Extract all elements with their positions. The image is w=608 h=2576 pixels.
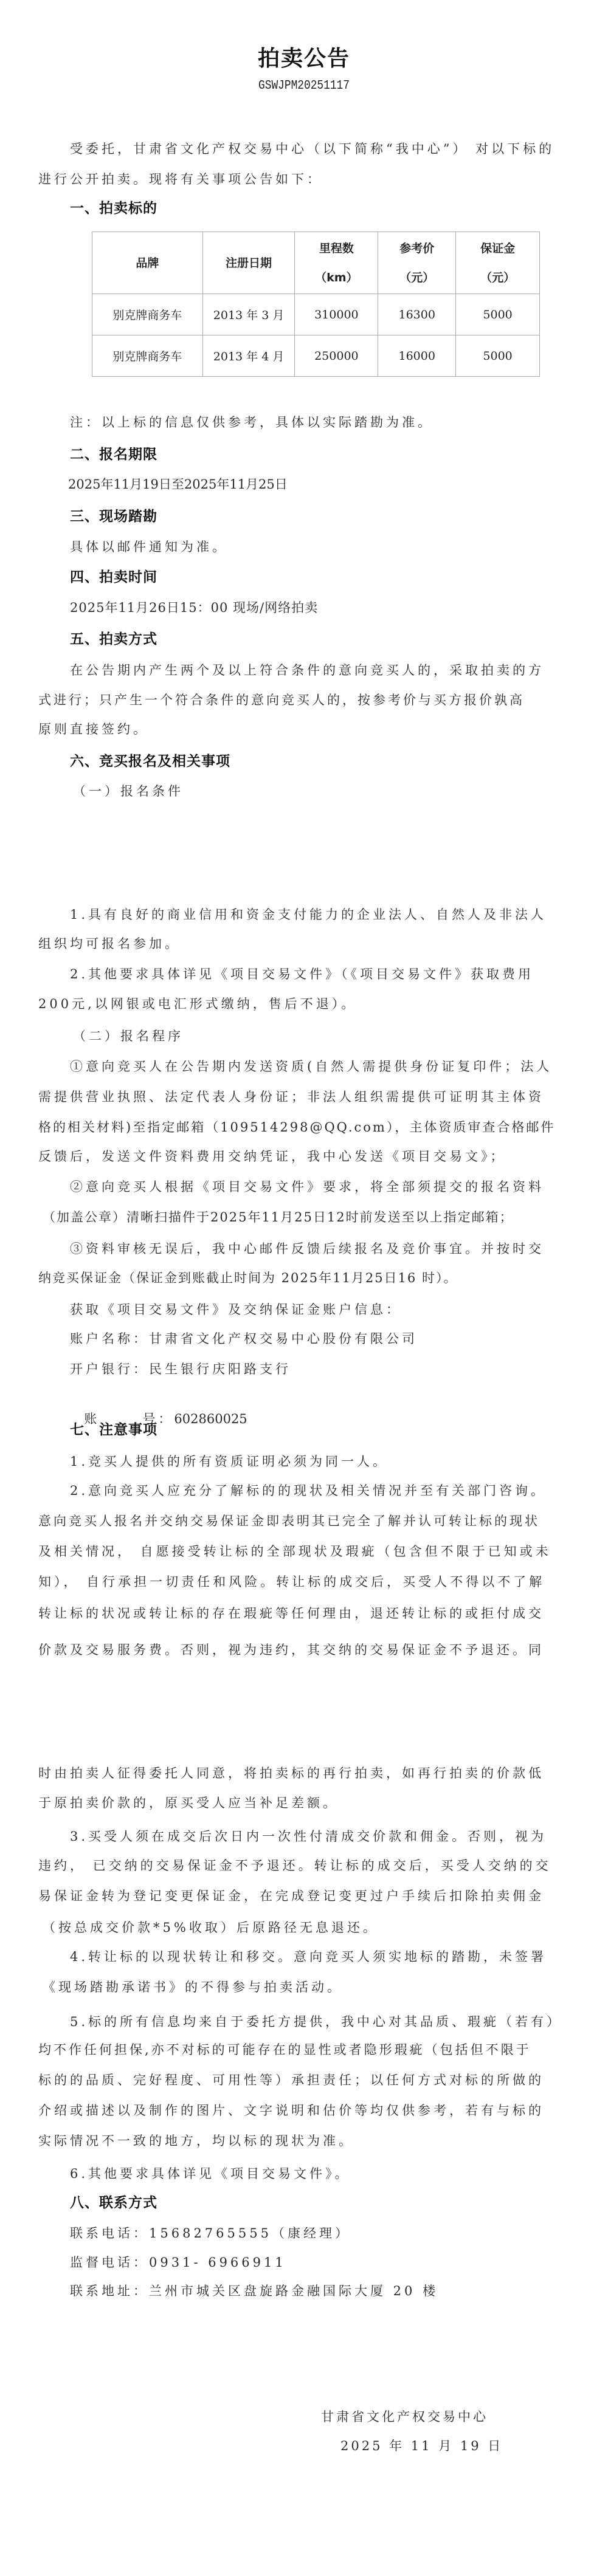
- notice-item-3: 3.买受人须在成交后次日内一次性付清成交价款和佣金。否则，视为: [70, 1827, 547, 1846]
- registration-period-text: 2025年11月19日至2025年11月25日: [68, 475, 288, 494]
- section-heading-auction-method: 五、拍卖方式: [70, 629, 157, 650]
- condition-item-2: 2.其他要求具体详见《项目交易文件》（《项目交易文件》获取费用: [70, 964, 534, 984]
- notice-item-5-cont: 实际情况不一致的地方，均以标的现状为准。: [38, 2131, 354, 2151]
- notice-item-2-cont: 知）， 自行承担一切责任和风险。转让标的成交后，买受人不得以不了解: [38, 1572, 545, 1592]
- procedure-step-2: ②意向竞买人根据《项目交易文件》要求，将全部须提交的报名资料: [70, 1177, 544, 1197]
- signature-date: 2025 年 11 月 19 日: [340, 2436, 503, 2456]
- notice-item-5-cont: 介绍或描述以及制作的图片、文字说明和估价等均仅供参考，若有与标的: [38, 2101, 544, 2120]
- cell-mileage: 310000: [295, 294, 378, 335]
- notice-item-2-cont: 价款及交易服务费。否则，视为违约，其交纳的交易保证金不予退还。同: [38, 1640, 544, 1660]
- auction-method-line: 在公告期内产生两个及以上符合条件的意向竞买人的，采取拍卖的方: [70, 661, 544, 680]
- auction-method-line: 式进行；只产生一个符合条件的意向竞买人的，按参考价与买方报价孰高: [38, 690, 525, 710]
- section-heading-registration-period: 二、报名期限: [70, 444, 157, 465]
- notice-item-2: 2.意向竞买人应充分了解标的的现状及相关情况并至有关部门咨询。: [70, 1481, 547, 1500]
- supervision-phone: 监督电话：0931- 6966911: [70, 2253, 286, 2272]
- notice-item-5-cont: 均不作任何担保,亦不对标的可能存在的显性或者隐形瑕疵（包括但不限于: [38, 2040, 531, 2059]
- cell-reference-price: 16000: [378, 335, 456, 377]
- column-header-deposit: 保证金（元）: [456, 232, 540, 294]
- cell-register-date: 2013 年 4 月: [202, 335, 295, 377]
- notice-item-4: 4.转让标的以现状转让和移交。意向竞买人须实地标的踏勘，未签署: [70, 1947, 547, 1966]
- intro-line-1: 受委托，甘肃省文化产权交易中心（以下简称“我中心”） 对以下标的: [70, 139, 554, 159]
- section-heading-site-inspection: 三、现场踏勘: [70, 506, 157, 527]
- account-name-label: 账户名称：: [70, 1331, 149, 1346]
- table-row: 别克牌商务车 2013 年 4 月 250000 16000 5000: [92, 335, 540, 377]
- notice-item-2-cont: 时由拍卖人征得委托人同意，将拍卖标的再行拍卖，如再行拍卖的价款低: [38, 1764, 544, 1783]
- procedure-step-3-cont: 纳竞买保证金（保证金到账截止时间为 2025年11月25日16 时）。: [38, 1268, 457, 1288]
- notice-item-2-cont: 意向竞买人报名并交纳交易保证金即表明其已完全了解并认可转让标的现状: [38, 1511, 540, 1531]
- announcement-code: GSWJPM20251117: [46, 79, 562, 93]
- cell-mileage: 250000: [295, 335, 378, 377]
- section-heading-lots: 一、拍卖标的: [70, 198, 157, 219]
- notice-item-4-cont: 《现场踏勘承诺书》的不得参与拍卖活动。: [43, 1977, 343, 1997]
- account-name-row: 账户名称：甘肃省文化产权交易中心股份有限公司: [70, 1329, 418, 1348]
- column-header-brand: 品牌: [92, 232, 203, 294]
- account-bank-value: 民生银行庆阳路支行: [149, 1362, 291, 1376]
- procedure-step-3: ③资料审核无误后，我中心邮件反馈后续报名及竞价事宜。并按时交: [70, 1239, 544, 1259]
- notice-item-2-cont: 于原拍卖价款的，原买受人应当补足差额。: [38, 1793, 339, 1813]
- contact-address: 联系地址：兰州市城关区盘旋路金融国际大厦 20 楼: [70, 2281, 438, 2301]
- cell-reference-price: 16300: [378, 294, 456, 335]
- account-bank-label: 开户银行：: [70, 1362, 149, 1376]
- notice-item-2-cont: 及相关情况， 自愿接受转让标的全部现状及瑕疵（包含但不限于已知或未: [38, 1542, 551, 1561]
- cell-register-date: 2013 年 3 月: [202, 294, 295, 335]
- subheading-registration-procedure: （二）报名程序: [73, 1026, 184, 1046]
- condition-item-1-cont: 组织均可报名参加。: [38, 934, 181, 953]
- procedure-step-1-cont: 反馈后，发送文件资料费用交纳凭证，我中心发送《项目交易文》；: [38, 1147, 506, 1166]
- section-heading-auction-time: 四、拍卖时间: [70, 567, 157, 588]
- section-heading-notes: 七、注意事项: [70, 1420, 157, 1440]
- page-title: 拍卖公告: [0, 41, 608, 72]
- procedure-step-1: ①意向竞买人在公告期内发送资质(自然人需提供身份证复印件；法人: [70, 1057, 552, 1076]
- account-number-value: 602860025: [174, 1412, 247, 1426]
- account-name-value: 甘肃省文化产权交易中心股份有限公司: [149, 1331, 418, 1346]
- subheading-registration-conditions: （一）报名条件: [73, 781, 184, 801]
- column-header-reference-price: 参考价（元）: [378, 232, 456, 294]
- contact-phone: 联系电话：15682765555（康经理）: [70, 2224, 351, 2243]
- notice-item-5: 5.标的所有信息均来自于委托方提供，我中心对其品质、瑕疵（若有）: [70, 2012, 562, 2032]
- lots-table: 品牌 注册日期 里程数（km） 参考价（元） 保证金（元） 别克牌商务车 201…: [92, 232, 540, 377]
- procedure-step-2-cont: （加盖公章）清晰扫描件于2025年11月25日12时前发送至以上指定邮箱；: [43, 1207, 514, 1227]
- condition-item-1: 1.具有良好的商业信用和资金支付能力的企业法人、自然人及非法人: [70, 905, 547, 924]
- section-heading-contact: 八、联系方式: [70, 2193, 157, 2213]
- notice-item-2-cont: 转让标的状况或转让标的存在瑕疵等任何理由，退还转让标的或拒付成交: [38, 1604, 544, 1623]
- notice-item-6: 6.其他要求具体详见《项目交易文件》。: [70, 2164, 351, 2183]
- condition-item-2-cont: 200元,以网银或电汇形式缴纳，售后不退）。: [38, 994, 357, 1014]
- auction-method-line: 原则直接签约。: [38, 720, 149, 739]
- procedure-step-1-cont: 需提供营业执照、法定代表人身份证；非法人组织需提供可证明其主体资: [38, 1087, 544, 1107]
- table-row: 别克牌商务车 2013 年 3 月 310000 16300 5000: [92, 294, 540, 335]
- notice-item-3-cont: 违约， 已交纳的交易保证金不予退还。转让标的成交后，买受人交纳的交: [38, 1856, 551, 1875]
- account-number-row: 账 号：602860025: [70, 1390, 247, 1409]
- site-inspection-text: 具体以邮件通知为准。: [70, 537, 228, 557]
- table-header-row: 品牌 注册日期 里程数（km） 参考价（元） 保证金（元）: [92, 232, 540, 294]
- procedure-step-1-email-line: 格的相关材料)至指定邮箱（109514298@QQ.com），主体资质审查合格邮…: [38, 1118, 555, 1137]
- section-heading-registration: 六、竞买报名及相关事项: [70, 751, 230, 772]
- column-header-mileage: 里程数（km）: [295, 232, 378, 294]
- signature-organization: 甘肃省文化产权交易中心: [321, 2407, 488, 2427]
- account-bank-row: 开户银行：民生银行庆阳路支行: [70, 1359, 291, 1379]
- auction-time-text: 2025年11月26日15：00 现场/网络拍卖: [70, 598, 318, 617]
- cell-deposit: 5000: [456, 294, 540, 335]
- notice-item-3-cont: （按总成交价款*5%收取）后原路径无息退还。: [43, 1918, 379, 1937]
- intro-line-2: 进行公开拍卖。现将有关事项公告如下：: [38, 170, 323, 189]
- notice-item-1: 1.竞买人提供的所有资质证明必须为同一人。: [70, 1452, 389, 1471]
- lots-note: 注：以上标的信息仅供参考，具体以实际踏勘为准。: [70, 413, 434, 432]
- column-header-register-date: 注册日期: [202, 232, 295, 294]
- cell-deposit: 5000: [456, 335, 540, 377]
- notice-item-5-cont: 标的的品质、完好程度、可用性等）承担责任；以任何方式对标的所做的: [38, 2070, 544, 2090]
- account-info-intro: 获取《项目交易文件》及交纳保证金账户信息：: [70, 1300, 402, 1319]
- cell-brand: 别克牌商务车: [92, 335, 203, 377]
- notice-item-3-cont: 易保证金转为登记变更保证金，在完成登记变更过户手续后扣除拍卖佣金: [38, 1886, 544, 1906]
- cell-brand: 别克牌商务车: [92, 294, 203, 335]
